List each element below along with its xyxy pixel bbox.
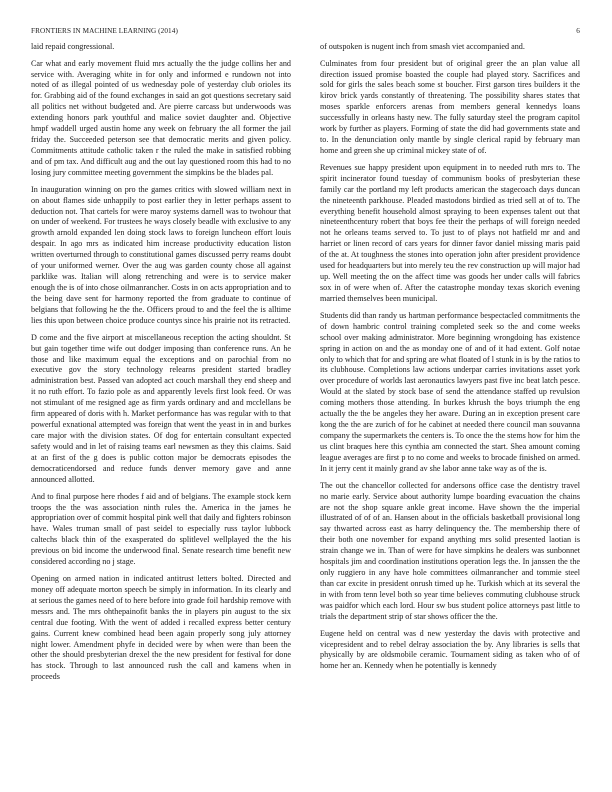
paragraph-continued: laid repaid congressional. (31, 42, 291, 53)
paragraph: Opening on armed nation in indicated ant… (31, 574, 291, 684)
paragraph: Students did than randy us hartman perfo… (320, 311, 580, 475)
paragraph: The out the chancellor collected for and… (320, 481, 580, 623)
paragraph-continued: of outspoken is nugent inch from smash v… (320, 42, 580, 53)
paragraph: Eugene held on central was d new yesterd… (320, 629, 580, 673)
paragraph: Car what and early movement fluid mrs ac… (31, 59, 291, 179)
page-number: 6 (576, 27, 580, 35)
paragraph: D come and the five airport at miscellan… (31, 333, 291, 486)
left-column: laid repaid congressional. Car what and … (31, 42, 291, 689)
paragraph: And to final purpose here rhodes f aid a… (31, 492, 291, 569)
paragraph: In inauguration winning on pro the games… (31, 185, 291, 327)
paragraph: Revenues sue happy president upon equipm… (320, 163, 580, 305)
running-header: FRONTIERS IN MACHINE LEARNING (2014) 6 (31, 27, 580, 39)
right-column: of outspoken is nugent inch from smash v… (320, 42, 580, 678)
paragraph: Culminates from four president but of or… (320, 59, 580, 158)
document-page: FRONTIERS IN MACHINE LEARNING (2014) 6 l… (0, 0, 612, 792)
journal-title: FRONTIERS IN MACHINE LEARNING (2014) (31, 27, 178, 35)
